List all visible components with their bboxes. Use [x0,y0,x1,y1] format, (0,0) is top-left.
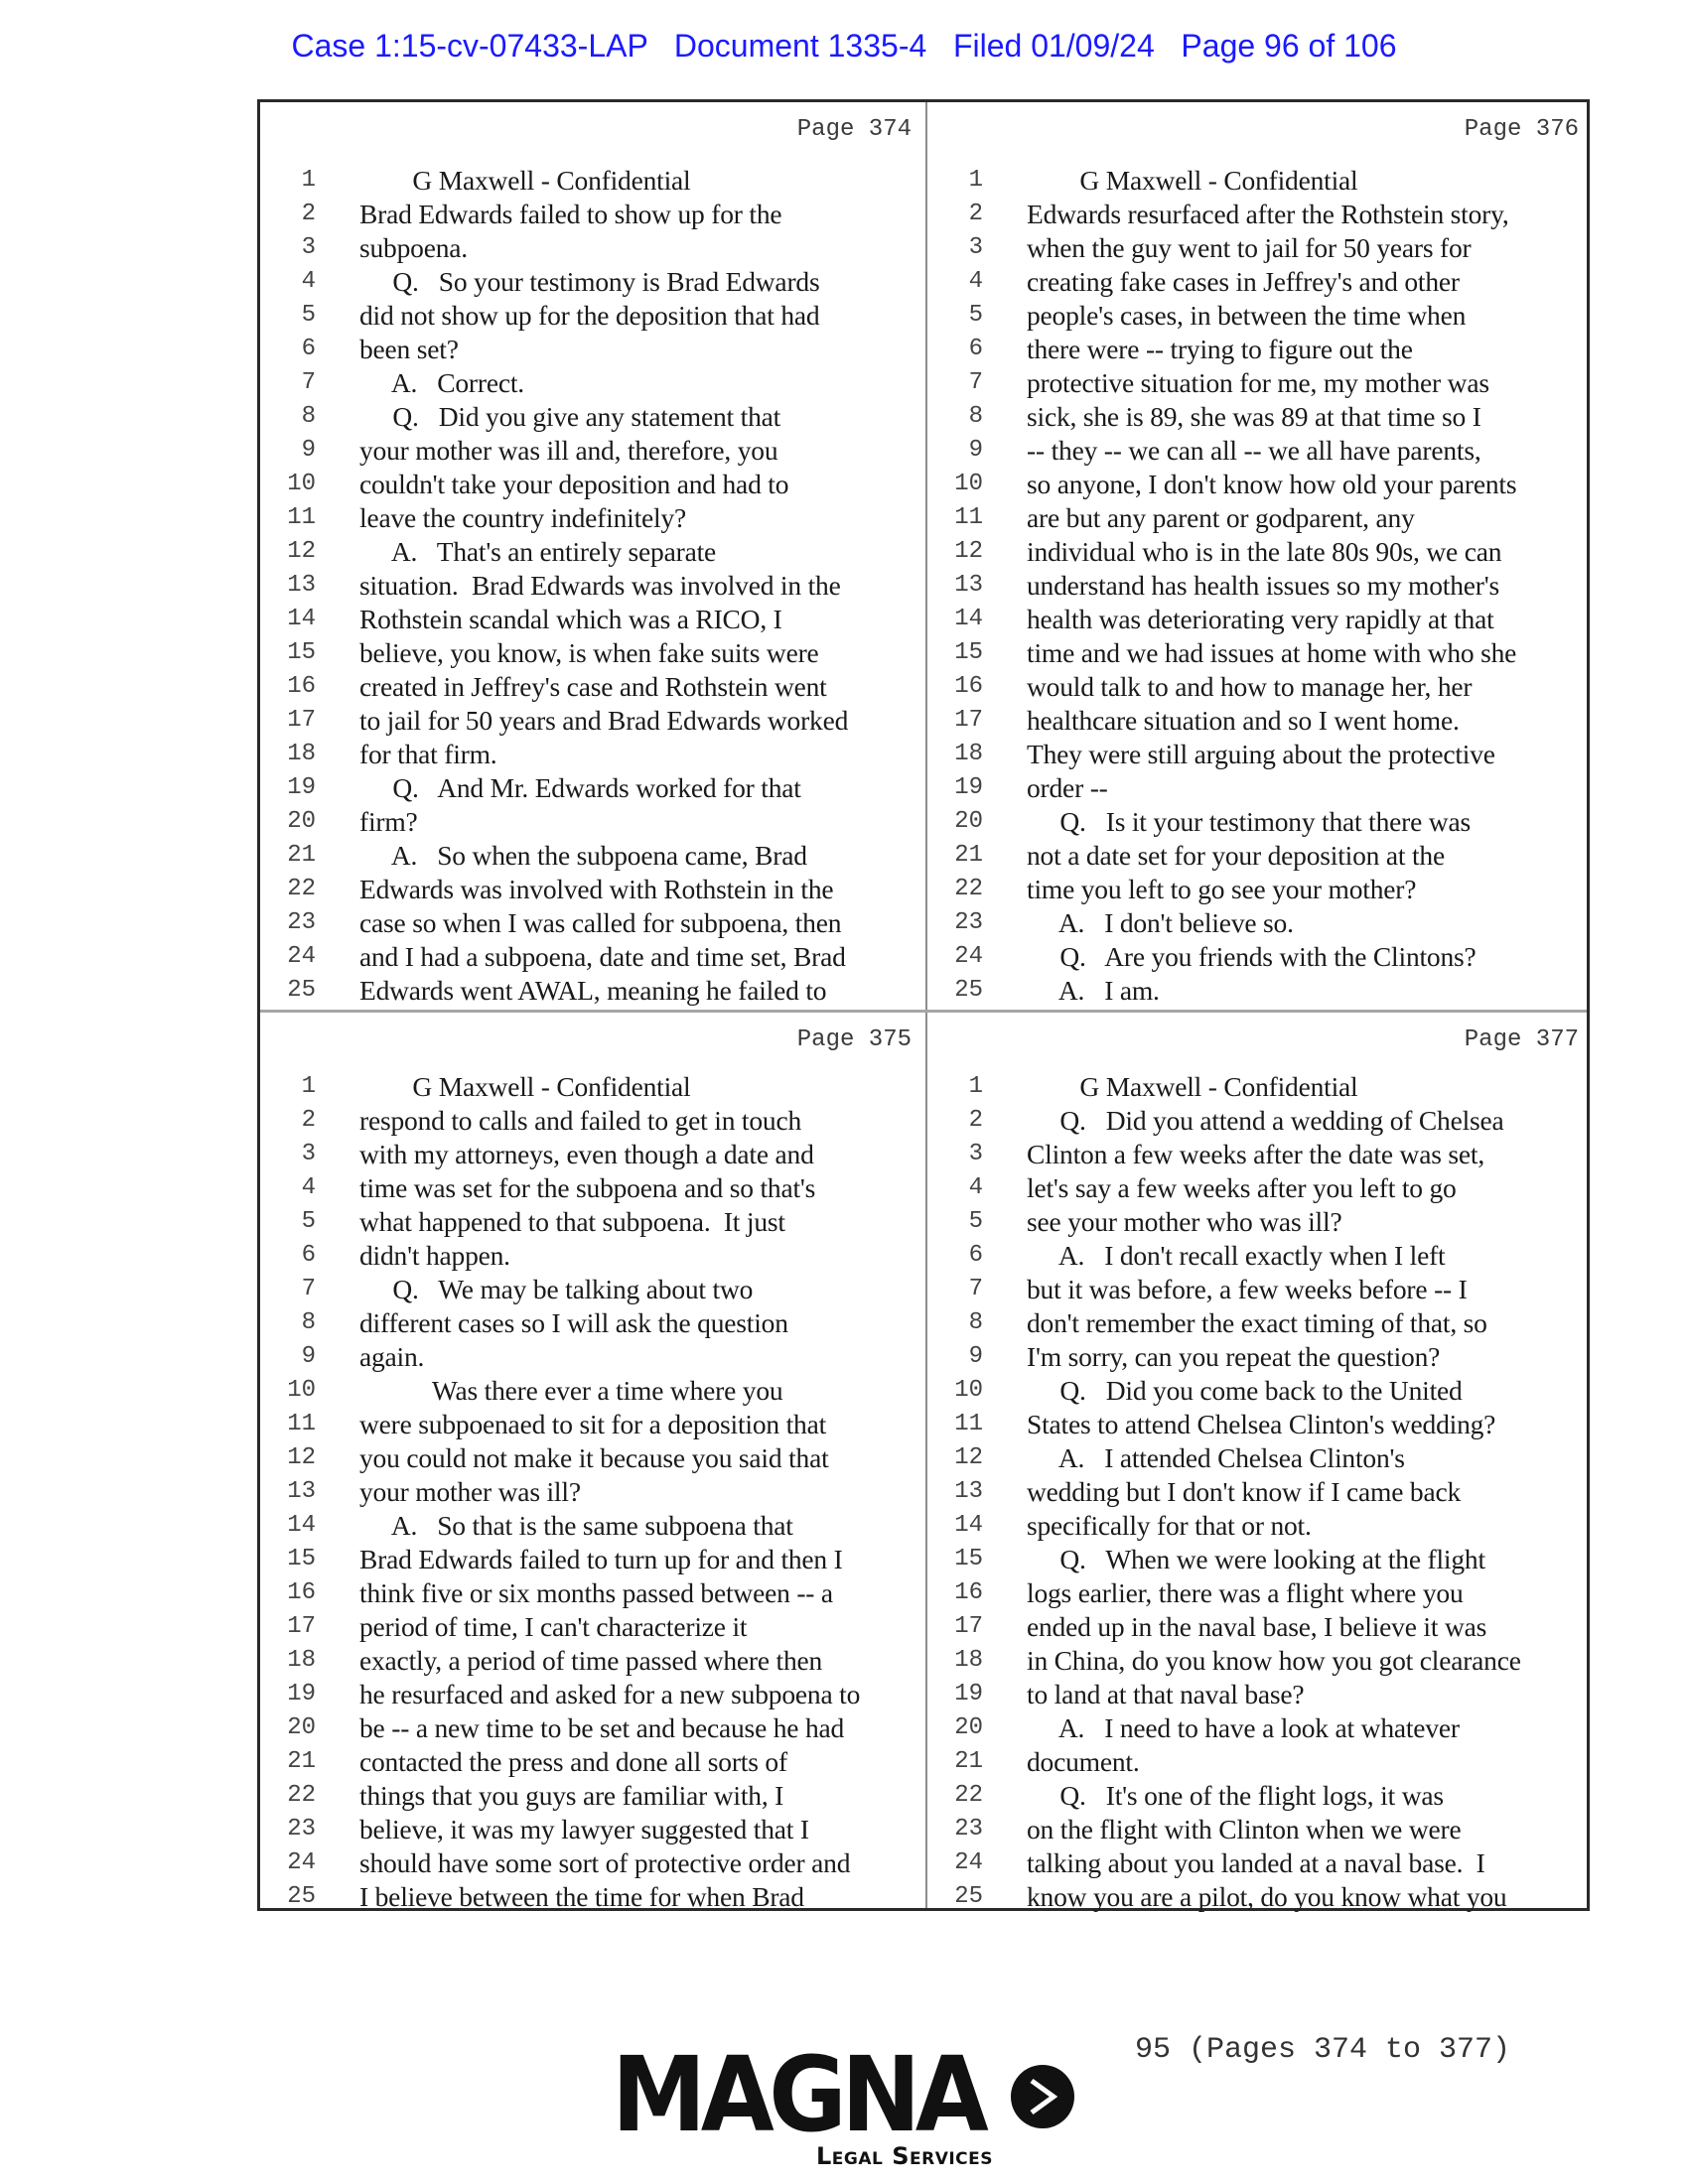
line-text: so anyone, I don't know how old your par… [1027,468,1516,501]
line-number: 14 [927,1509,983,1543]
line-text: health was deteriorating very rapidly at… [1027,603,1494,636]
line-text: individual who is in the late 80s 90s, w… [1027,535,1501,569]
line-number: 20 [927,1711,983,1745]
transcript-line: 16would talk to and how to manage her, h… [927,670,1591,704]
transcript-line: 20firm? [260,805,923,839]
line-text: your mother was ill? [359,1475,581,1509]
transcript-line: 17period of time, I can't characterize i… [260,1610,923,1644]
line-text: Q. Did you attend a wedding of Chelsea [1027,1104,1504,1138]
line-number: 17 [260,704,316,738]
line-text: people's cases, in between the time when [1027,299,1466,333]
transcript-line: 25I believe between the time for when Br… [260,1880,923,1914]
transcript-line: 23 A. I don't believe so. [927,906,1591,940]
transcript-line: 15Brad Edwards failed to turn up for and… [260,1543,923,1576]
line-number: 20 [260,1711,316,1745]
line-text: there were -- trying to figure out the [1027,333,1413,366]
line-text: you could not make it because you said t… [359,1441,829,1475]
line-text: believe, it was my lawyer suggested that… [359,1813,809,1846]
transcript-line: 3Clinton a few weeks after the date was … [927,1138,1591,1171]
transcript-line: 19he resurfaced and asked for a new subp… [260,1678,923,1711]
transcript-line: 16created in Jeffrey's case and Rothstei… [260,670,923,704]
line-text: and I had a subpoena, date and time set,… [359,940,846,974]
line-number: 12 [927,535,983,569]
line-text: be -- a new time to be set and because h… [359,1711,844,1745]
line-text: things that you guys are familiar with, … [359,1779,783,1813]
line-text: creating fake cases in Jeffrey's and oth… [1027,265,1460,299]
transcript-line: 6there were -- trying to figure out the [927,333,1591,366]
transcript-line: 22 Q. It's one of the flight logs, it wa… [927,1779,1591,1813]
line-number: 16 [927,670,983,704]
line-number: 25 [927,1880,983,1914]
transcript-line: 8 Q. Did you give any statement that [260,400,923,434]
transcript-lines: 1 G Maxwell - Confidential2 Q. Did you a… [927,1070,1591,1914]
transcript-line: 22Edwards was involved with Rothstein in… [260,873,923,906]
line-text: -- they -- we can all -- we all have par… [1027,434,1481,468]
line-text: on the flight with Clinton when we were [1027,1813,1461,1846]
transcript-line: 23on the flight with Clinton when we wer… [927,1813,1591,1846]
transcript-line: 1 G Maxwell - Confidential [260,164,923,198]
line-number: 2 [927,1104,983,1138]
line-number: 8 [260,400,316,434]
line-number: 5 [260,1205,316,1239]
transcript-line: 3with my attorneys, even though a date a… [260,1138,923,1171]
line-number: 6 [260,333,316,366]
line-number: 1 [260,1070,316,1104]
transcript-lines: 1 G Maxwell - Confidential2Edwards resur… [927,164,1591,1008]
transcript-line: 9again. [260,1340,923,1374]
line-number: 8 [927,400,983,434]
line-number: 3 [927,1138,983,1171]
line-number: 7 [260,1273,316,1306]
line-text: protective situation for me, my mother w… [1027,366,1489,400]
page-number-label: Page 374 [797,116,912,143]
line-number: 9 [927,434,983,468]
case-header: Case 1:15-cv-07433-LAP Document 1335-4 F… [0,28,1688,65]
line-text: think five or six months passed between … [359,1576,833,1610]
line-number: 10 [927,468,983,501]
line-number: 8 [927,1306,983,1340]
transcript-line: 13situation. Brad Edwards was involved i… [260,569,923,603]
line-number: 14 [260,1509,316,1543]
line-number: 11 [927,501,983,535]
transcript-line: 8different cases so I will ask the quest… [260,1306,923,1340]
line-text: order -- [1027,771,1108,805]
line-number: 16 [927,1576,983,1610]
transcript-line: 23case so when I was called for subpoena… [260,906,923,940]
transcript-page-375: Page 375 1 G Maxwell - Confidential2resp… [260,1013,923,1908]
line-text: wedding but I don't know if I came back [1027,1475,1461,1509]
transcript-line: 5did not show up for the deposition that… [260,299,923,333]
line-text: respond to calls and failed to get in to… [359,1104,801,1138]
line-text: what happened to that subpoena. It just [359,1205,785,1239]
line-number: 2 [260,198,316,231]
transcript-line: 20 Q. Is it your testimony that there wa… [927,805,1591,839]
transcript-line: 20be -- a new time to be set and because… [260,1711,923,1745]
line-number: 3 [927,231,983,265]
page-number-label: Page 377 [1465,1026,1579,1053]
line-text: I believe between the time for when Brad [359,1880,804,1914]
transcript-line: 4creating fake cases in Jeffrey's and ot… [927,265,1591,299]
line-number: 2 [260,1104,316,1138]
line-text: time and we had issues at home with who … [1027,636,1516,670]
transcript-line: 9your mother was ill and, therefore, you [260,434,923,468]
transcript-line: 12 A. That's an entirely separate [260,535,923,569]
line-number: 3 [260,1138,316,1171]
transcript-line: 5people's cases, in between the time whe… [927,299,1591,333]
line-number: 25 [260,1880,316,1914]
transcript-line: 15 Q. When we were looking at the flight [927,1543,1591,1576]
transcript-line: 4time was set for the subpoena and so th… [260,1171,923,1205]
line-text: Brad Edwards failed to show up for the [359,198,781,231]
line-number: 12 [260,1441,316,1475]
line-number: 20 [260,805,316,839]
line-number: 11 [927,1408,983,1441]
transcript-line: 2Edwards resurfaced after the Rothstein … [927,198,1591,231]
line-number: 17 [927,704,983,738]
transcript-line: 21document. [927,1745,1591,1779]
line-number: 15 [260,1543,316,1576]
transcript-line: 17ended up in the naval base, I believe … [927,1610,1591,1644]
line-number: 19 [927,1678,983,1711]
line-number: 11 [260,501,316,535]
transcript-line: 11were subpoenaed to sit for a depositio… [260,1408,923,1441]
line-number: 7 [927,1273,983,1306]
line-number: 19 [260,1678,316,1711]
line-text: G Maxwell - Confidential [1027,164,1357,198]
line-text: subpoena. [359,231,468,265]
line-text: to jail for 50 years and Brad Edwards wo… [359,704,848,738]
line-number: 16 [260,1576,316,1610]
transcript-line: 1 G Maxwell - Confidential [927,164,1591,198]
transcript-line: 13wedding but I don't know if I came bac… [927,1475,1591,1509]
line-text: Brad Edwards failed to turn up for and t… [359,1543,843,1576]
line-number: 16 [260,670,316,704]
line-number: 13 [927,569,983,603]
line-number: 3 [260,231,316,265]
transcript-line: 16think five or six months passed betwee… [260,1576,923,1610]
line-number: 6 [927,1239,983,1273]
line-text: did not show up for the deposition that … [359,299,819,333]
line-text: leave the country indefinitely? [359,501,686,535]
line-text: Clinton a few weeks after the date was s… [1027,1138,1484,1171]
line-number: 4 [927,265,983,299]
transcript-lines: 1 G Maxwell - Confidential2Brad Edwards … [260,164,923,1008]
line-text: your mother was ill and, therefore, you [359,434,777,468]
line-number: 17 [260,1610,316,1644]
line-number: 10 [927,1374,983,1408]
line-number: 14 [927,603,983,636]
line-number: 5 [927,299,983,333]
line-text: Q. Are you friends with the Clintons? [1027,940,1477,974]
transcript-line: 10 Q. Did you come back to the United [927,1374,1591,1408]
line-number: 18 [927,1644,983,1678]
transcript-line: 14Rothstein scandal which was a RICO, I [260,603,923,636]
line-number: 25 [927,974,983,1008]
line-text: contacted the press and done all sorts o… [359,1745,787,1779]
line-number: 21 [927,1745,983,1779]
line-number: 22 [260,1779,316,1813]
line-text: They were still arguing about the protec… [1027,738,1495,771]
line-number: 11 [260,1408,316,1441]
line-text: for that firm. [359,738,496,771]
transcript-line: 12individual who is in the late 80s 90s,… [927,535,1591,569]
line-number: 15 [927,1543,983,1576]
transcript-line: 24and I had a subpoena, date and time se… [260,940,923,974]
line-number: 5 [260,299,316,333]
line-text: with my attorneys, even though a date an… [359,1138,814,1171]
transcript-line: 7 A. Correct. [260,366,923,400]
transcript-line: 1 G Maxwell - Confidential [260,1070,923,1104]
transcript-line: 4 Q. So your testimony is Brad Edwards [260,265,923,299]
transcript-line: 2respond to calls and failed to get in t… [260,1104,923,1138]
line-text: period of time, I can't characterize it [359,1610,747,1644]
transcript-line: 3when the guy went to jail for 50 years … [927,231,1591,265]
transcript-line: 6didn't happen. [260,1239,923,1273]
transcript-line: 19 Q. And Mr. Edwards worked for that [260,771,923,805]
line-text: don't remember the exact timing of that,… [1027,1306,1487,1340]
line-text: time was set for the subpoena and so tha… [359,1171,815,1205]
line-text: logs earlier, there was a flight where y… [1027,1576,1464,1610]
magna-legal-services-logo: MAGNA Legal Services [612,2047,1078,2176]
transcript-line: 24talking about you landed at a naval ba… [927,1846,1591,1880]
line-number: 23 [260,1813,316,1846]
line-text: Q. It's one of the flight logs, it was [1027,1779,1444,1813]
transcript-line: 20 A. I need to have a look at whatever [927,1711,1591,1745]
line-text: Rothstein scandal which was a RICO, I [359,603,782,636]
line-text: healthcare situation and so I went home. [1027,704,1460,738]
line-text: time you left to go see your mother? [1027,873,1416,906]
line-number: 24 [927,940,983,974]
line-number: 10 [260,1374,316,1408]
line-text: been set? [359,333,459,366]
line-text: couldn't take your deposition and had to [359,468,788,501]
line-number: 12 [260,535,316,569]
line-number: 24 [927,1846,983,1880]
line-text: to land at that naval base? [1027,1678,1304,1711]
transcript-line: 13your mother was ill? [260,1475,923,1509]
transcript-line: 3subpoena. [260,231,923,265]
line-number: 21 [927,839,983,873]
line-text: Q. Is it your testimony that there was [1027,805,1471,839]
line-text: again. [359,1340,424,1374]
transcript-line: 14specifically for that or not. [927,1509,1591,1543]
line-text: Q. So your testimony is Brad Edwards [359,265,819,299]
chevron-right-circle-icon [1011,2065,1074,2128]
line-number: 18 [260,738,316,771]
line-text: ended up in the naval base, I believe it… [1027,1610,1486,1644]
line-number: 7 [927,366,983,400]
line-text: he resurfaced and asked for a new subpoe… [359,1678,860,1711]
transcript-line: 14 A. So that is the same subpoena that [260,1509,923,1543]
line-text: Q. Did you come back to the United [1027,1374,1463,1408]
transcript-line: 7but it was before, a few weeks before -… [927,1273,1591,1306]
page-range-label: 95 (Pages 374 to 377) [1135,2033,1510,2067]
transcript-line: 4let's say a few weeks after you left to… [927,1171,1591,1205]
line-text: A. I don't recall exactly when I left [1027,1239,1446,1273]
transcript-line: 19order -- [927,771,1591,805]
line-text: understand has health issues so my mothe… [1027,569,1499,603]
transcript-line: 11States to attend Chelsea Clinton's wed… [927,1408,1591,1441]
line-text: A. So that is the same subpoena that [359,1509,793,1543]
line-text: should have some sort of protective orde… [359,1846,850,1880]
transcript-line: 18exactly, a period of time passed where… [260,1644,923,1678]
line-text: Edwards went AWAL, meaning he failed to [359,974,826,1008]
line-text: G Maxwell - Confidential [1027,1070,1357,1104]
line-number: 7 [260,366,316,400]
line-number: 23 [927,906,983,940]
transcript-line: 13understand has health issues so my mot… [927,569,1591,603]
line-text: case so when I was called for subpoena, … [359,906,841,940]
line-text: in China, do you know how you got cleara… [1027,1644,1521,1678]
transcript-line: 2Brad Edwards failed to show up for the [260,198,923,231]
transcript-line: 21contacted the press and done all sorts… [260,1745,923,1779]
transcript-line: 17healthcare situation and so I went hom… [927,704,1591,738]
transcript-line: 16logs earlier, there was a flight where… [927,1576,1591,1610]
transcript-line: 2 Q. Did you attend a wedding of Chelsea [927,1104,1591,1138]
transcript-line: 11are but any parent or godparent, any [927,501,1591,535]
page-number-label: Page 376 [1465,116,1579,143]
line-text: Edwards resurfaced after the Rothstein s… [1027,198,1509,231]
line-number: 14 [260,603,316,636]
transcript-line: 25 A. I am. [927,974,1591,1008]
transcript-line: 8don't remember the exact timing of that… [927,1306,1591,1340]
line-number: 13 [927,1475,983,1509]
transcript-line: 12 A. I attended Chelsea Clinton's [927,1441,1591,1475]
transcript-line: 17to jail for 50 years and Brad Edwards … [260,704,923,738]
line-number: 19 [927,771,983,805]
transcript-line: 9I'm sorry, can you repeat the question? [927,1340,1591,1374]
line-number: 5 [927,1205,983,1239]
line-text: talking about you landed at a naval base… [1027,1846,1485,1880]
transcript-line: 8sick, she is 89, she was 89 at that tim… [927,400,1591,434]
line-text: G Maxwell - Confidential [359,1070,690,1104]
line-number: 9 [260,434,316,468]
line-text: sick, she is 89, she was 89 at that time… [1027,400,1481,434]
line-text: Q. When we were looking at the flight [1027,1543,1485,1576]
line-number: 21 [260,1745,316,1779]
transcript-line: 22time you left to go see your mother? [927,873,1591,906]
line-text: believe, you know, is when fake suits we… [359,636,819,670]
transcript-page-374: Page 374 1 G Maxwell - Confidential2Brad… [260,102,923,1008]
transcript-line: 25know you are a pilot, do you know what… [927,1880,1591,1914]
line-number: 23 [927,1813,983,1846]
line-text: A. I attended Chelsea Clinton's [1027,1441,1405,1475]
line-text: specifically for that or not. [1027,1509,1312,1543]
transcript-line: 24should have some sort of protective or… [260,1846,923,1880]
line-number: 17 [927,1610,983,1644]
line-number: 1 [927,164,983,198]
line-text: firm? [359,805,418,839]
line-text: exactly, a period of time passed where t… [359,1644,822,1678]
line-text: States to attend Chelsea Clinton's weddi… [1027,1408,1495,1441]
line-number: 1 [927,1070,983,1104]
transcript-line: 6been set? [260,333,923,366]
line-number: 10 [260,468,316,501]
line-text: Edwards was involved with Rothstein in t… [359,873,833,906]
line-number: 13 [260,1475,316,1509]
line-text: know you are a pilot, do you know what y… [1027,1880,1506,1914]
line-text: when the guy went to jail for 50 years f… [1027,231,1472,265]
line-text: G Maxwell - Confidential [359,164,690,198]
transcript-line: 24 Q. Are you friends with the Clintons? [927,940,1591,974]
line-text: not a date set for your deposition at th… [1027,839,1445,873]
line-text: Q. Did you give any statement that [359,400,780,434]
transcript-line: 22things that you guys are familiar with… [260,1779,923,1813]
transcript-line: 18in China, do you know how you got clea… [927,1644,1591,1678]
page-number-label: Page 375 [797,1026,912,1053]
line-number: 20 [927,805,983,839]
transcript-grid: Page 374 1 G Maxwell - Confidential2Brad… [257,99,1590,1911]
line-text: A. That's an entirely separate [359,535,716,569]
transcript-line: 18They were still arguing about the prot… [927,738,1591,771]
line-number: 4 [260,265,316,299]
line-number: 6 [260,1239,316,1273]
line-text: but it was before, a few weeks before --… [1027,1273,1468,1306]
line-number: 22 [260,873,316,906]
line-number: 1 [260,164,316,198]
line-number: 24 [260,940,316,974]
line-number: 21 [260,839,316,873]
line-number: 18 [260,1644,316,1678]
line-number: 6 [927,333,983,366]
line-text: were subpoenaed to sit for a deposition … [359,1408,826,1441]
line-text: different cases so I will ask the questi… [359,1306,788,1340]
transcript-line: 9-- they -- we can all -- we all have pa… [927,434,1591,468]
line-number: 22 [927,1779,983,1813]
line-number: 24 [260,1846,316,1880]
line-text: document. [1027,1745,1140,1779]
line-text: situation. Brad Edwards was involved in … [359,569,841,603]
line-text: let's say a few weeks after you left to … [1027,1171,1457,1205]
transcript-line: 11leave the country indefinitely? [260,501,923,535]
transcript-line: 10couldn't take your deposition and had … [260,468,923,501]
logo-wordmark: MAGNA [612,2047,983,2142]
line-number: 12 [927,1441,983,1475]
line-number: 8 [260,1306,316,1340]
transcript-line: 7 Q. We may be talking about two [260,1273,923,1306]
transcript-line: 5what happened to that subpoena. It just [260,1205,923,1239]
line-text: are but any parent or godparent, any [1027,501,1415,535]
line-text: A. I am. [1027,974,1160,1008]
transcript-page-376: Page 376 1 G Maxwell - Confidential2Edwa… [927,102,1591,1008]
line-number: 15 [260,636,316,670]
transcript-line: 6 A. I don't recall exactly when I left [927,1239,1591,1273]
transcript-line: 7protective situation for me, my mother … [927,366,1591,400]
transcript-line: 21 A. So when the subpoena came, Brad [260,839,923,873]
line-text: see your mother who was ill? [1027,1205,1341,1239]
transcript-line: 23believe, it was my lawyer suggested th… [260,1813,923,1846]
line-number: 2 [927,198,983,231]
transcript-line: 1 G Maxwell - Confidential [927,1070,1591,1104]
line-text: Was there ever a time where you [359,1374,782,1408]
transcript-line: 19to land at that naval base? [927,1678,1591,1711]
line-text: A. I don't believe so. [1027,906,1294,940]
line-text: A. I need to have a look at whatever [1027,1711,1460,1745]
transcript-line: 25Edwards went AWAL, meaning he failed t… [260,974,923,1008]
line-number: 18 [927,738,983,771]
line-text: A. Correct. [359,366,524,400]
transcript-line: 21not a date set for your deposition at … [927,839,1591,873]
line-text: I'm sorry, can you repeat the question? [1027,1340,1440,1374]
line-number: 15 [927,636,983,670]
line-number: 19 [260,771,316,805]
transcript-line: 10 Was there ever a time where you [260,1374,923,1408]
line-text: created in Jeffrey's case and Rothstein … [359,670,827,704]
transcript-line: 15time and we had issues at home with wh… [927,636,1591,670]
line-text: would talk to and how to manage her, her [1027,670,1472,704]
line-number: 9 [927,1340,983,1374]
transcript-line: 12you could not make it because you said… [260,1441,923,1475]
